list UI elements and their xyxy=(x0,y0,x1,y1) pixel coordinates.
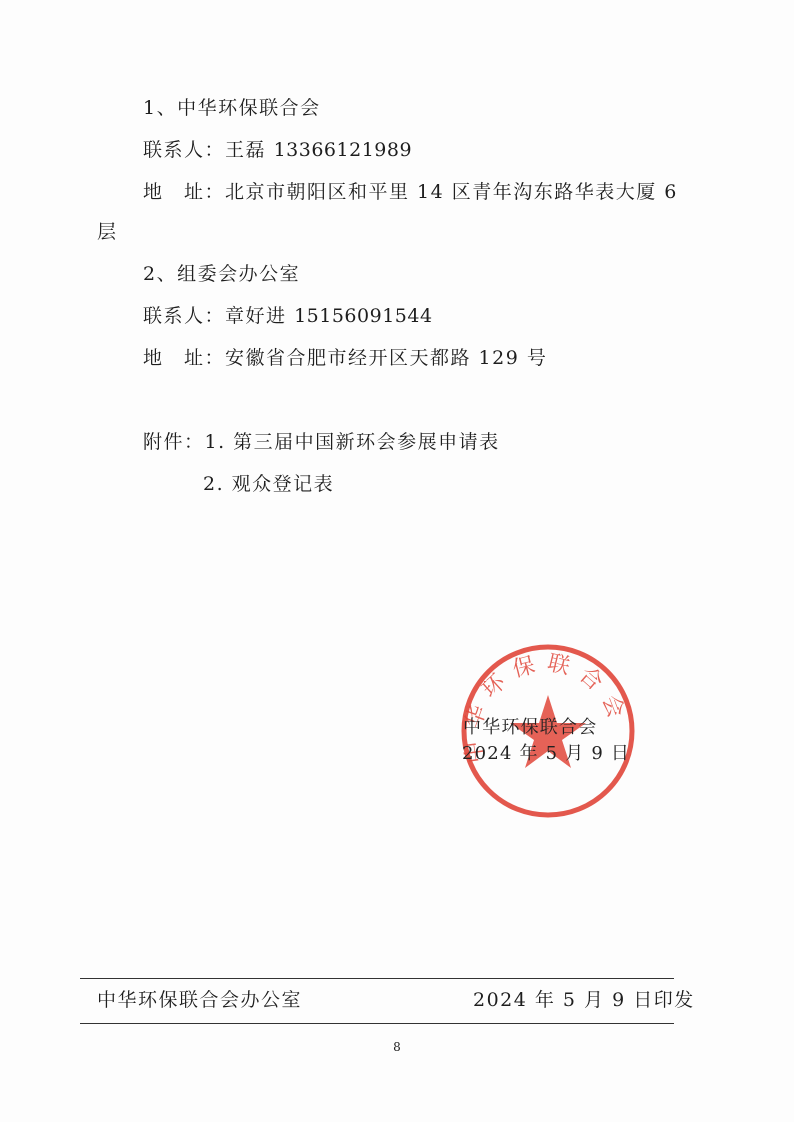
footer-issuer: 中华环保联合会办公室 xyxy=(97,988,302,1012)
address-text: 北京市朝阳区和平里 14 区青年沟东路华表大厦 6 xyxy=(225,181,678,203)
contact-2-person-line: 联系人：章好进 15156091544 xyxy=(143,304,433,328)
contact-2-heading: 2、组委会办公室 xyxy=(143,262,300,286)
page-number: 8 xyxy=(0,1040,794,1054)
address-label: 地 址： xyxy=(143,181,225,203)
contact-1-heading: 1、中华环保联合会 xyxy=(143,96,321,120)
address-label: 地 址： xyxy=(143,347,225,369)
contact-label: 联系人： xyxy=(143,305,225,327)
contact-1-person-line: 联系人：王磊 13366121989 xyxy=(143,138,412,162)
signature-organization: 中华环保联合会 xyxy=(463,717,597,739)
attachments-line-1: 附件：1. 第三届中国新环会参展申请表 xyxy=(143,430,500,454)
contact-phone: 15156091544 xyxy=(294,305,432,327)
contact-name: 章好进 xyxy=(225,305,287,327)
signature-date: 2024 年 5 月 9 日 xyxy=(462,743,630,765)
address-text: 安徽省合肥市经开区天都路 129 号 xyxy=(225,347,547,369)
contact-phone: 13366121989 xyxy=(274,139,412,161)
attachments-label: 附件： xyxy=(143,431,205,453)
footer-top-rule xyxy=(80,978,674,979)
footer-bottom-rule xyxy=(80,1023,674,1024)
contact-1-address-line: 地 址：北京市朝阳区和平里 14 区青年沟东路华表大厦 6 xyxy=(143,180,678,204)
contact-1-address-continued: 层 xyxy=(97,220,118,244)
contact-2-address-line: 地 址：安徽省合肥市经开区天都路 129 号 xyxy=(143,346,547,370)
attachment-item: 1. 第三届中国新环会参展申请表 xyxy=(205,431,500,453)
attachment-item: 2. 观众登记表 xyxy=(203,472,334,496)
contact-name: 王磊 xyxy=(225,139,266,161)
contact-label: 联系人： xyxy=(143,139,225,161)
footer-issue-date: 2024 年 5 月 9 日印发 xyxy=(473,988,695,1012)
